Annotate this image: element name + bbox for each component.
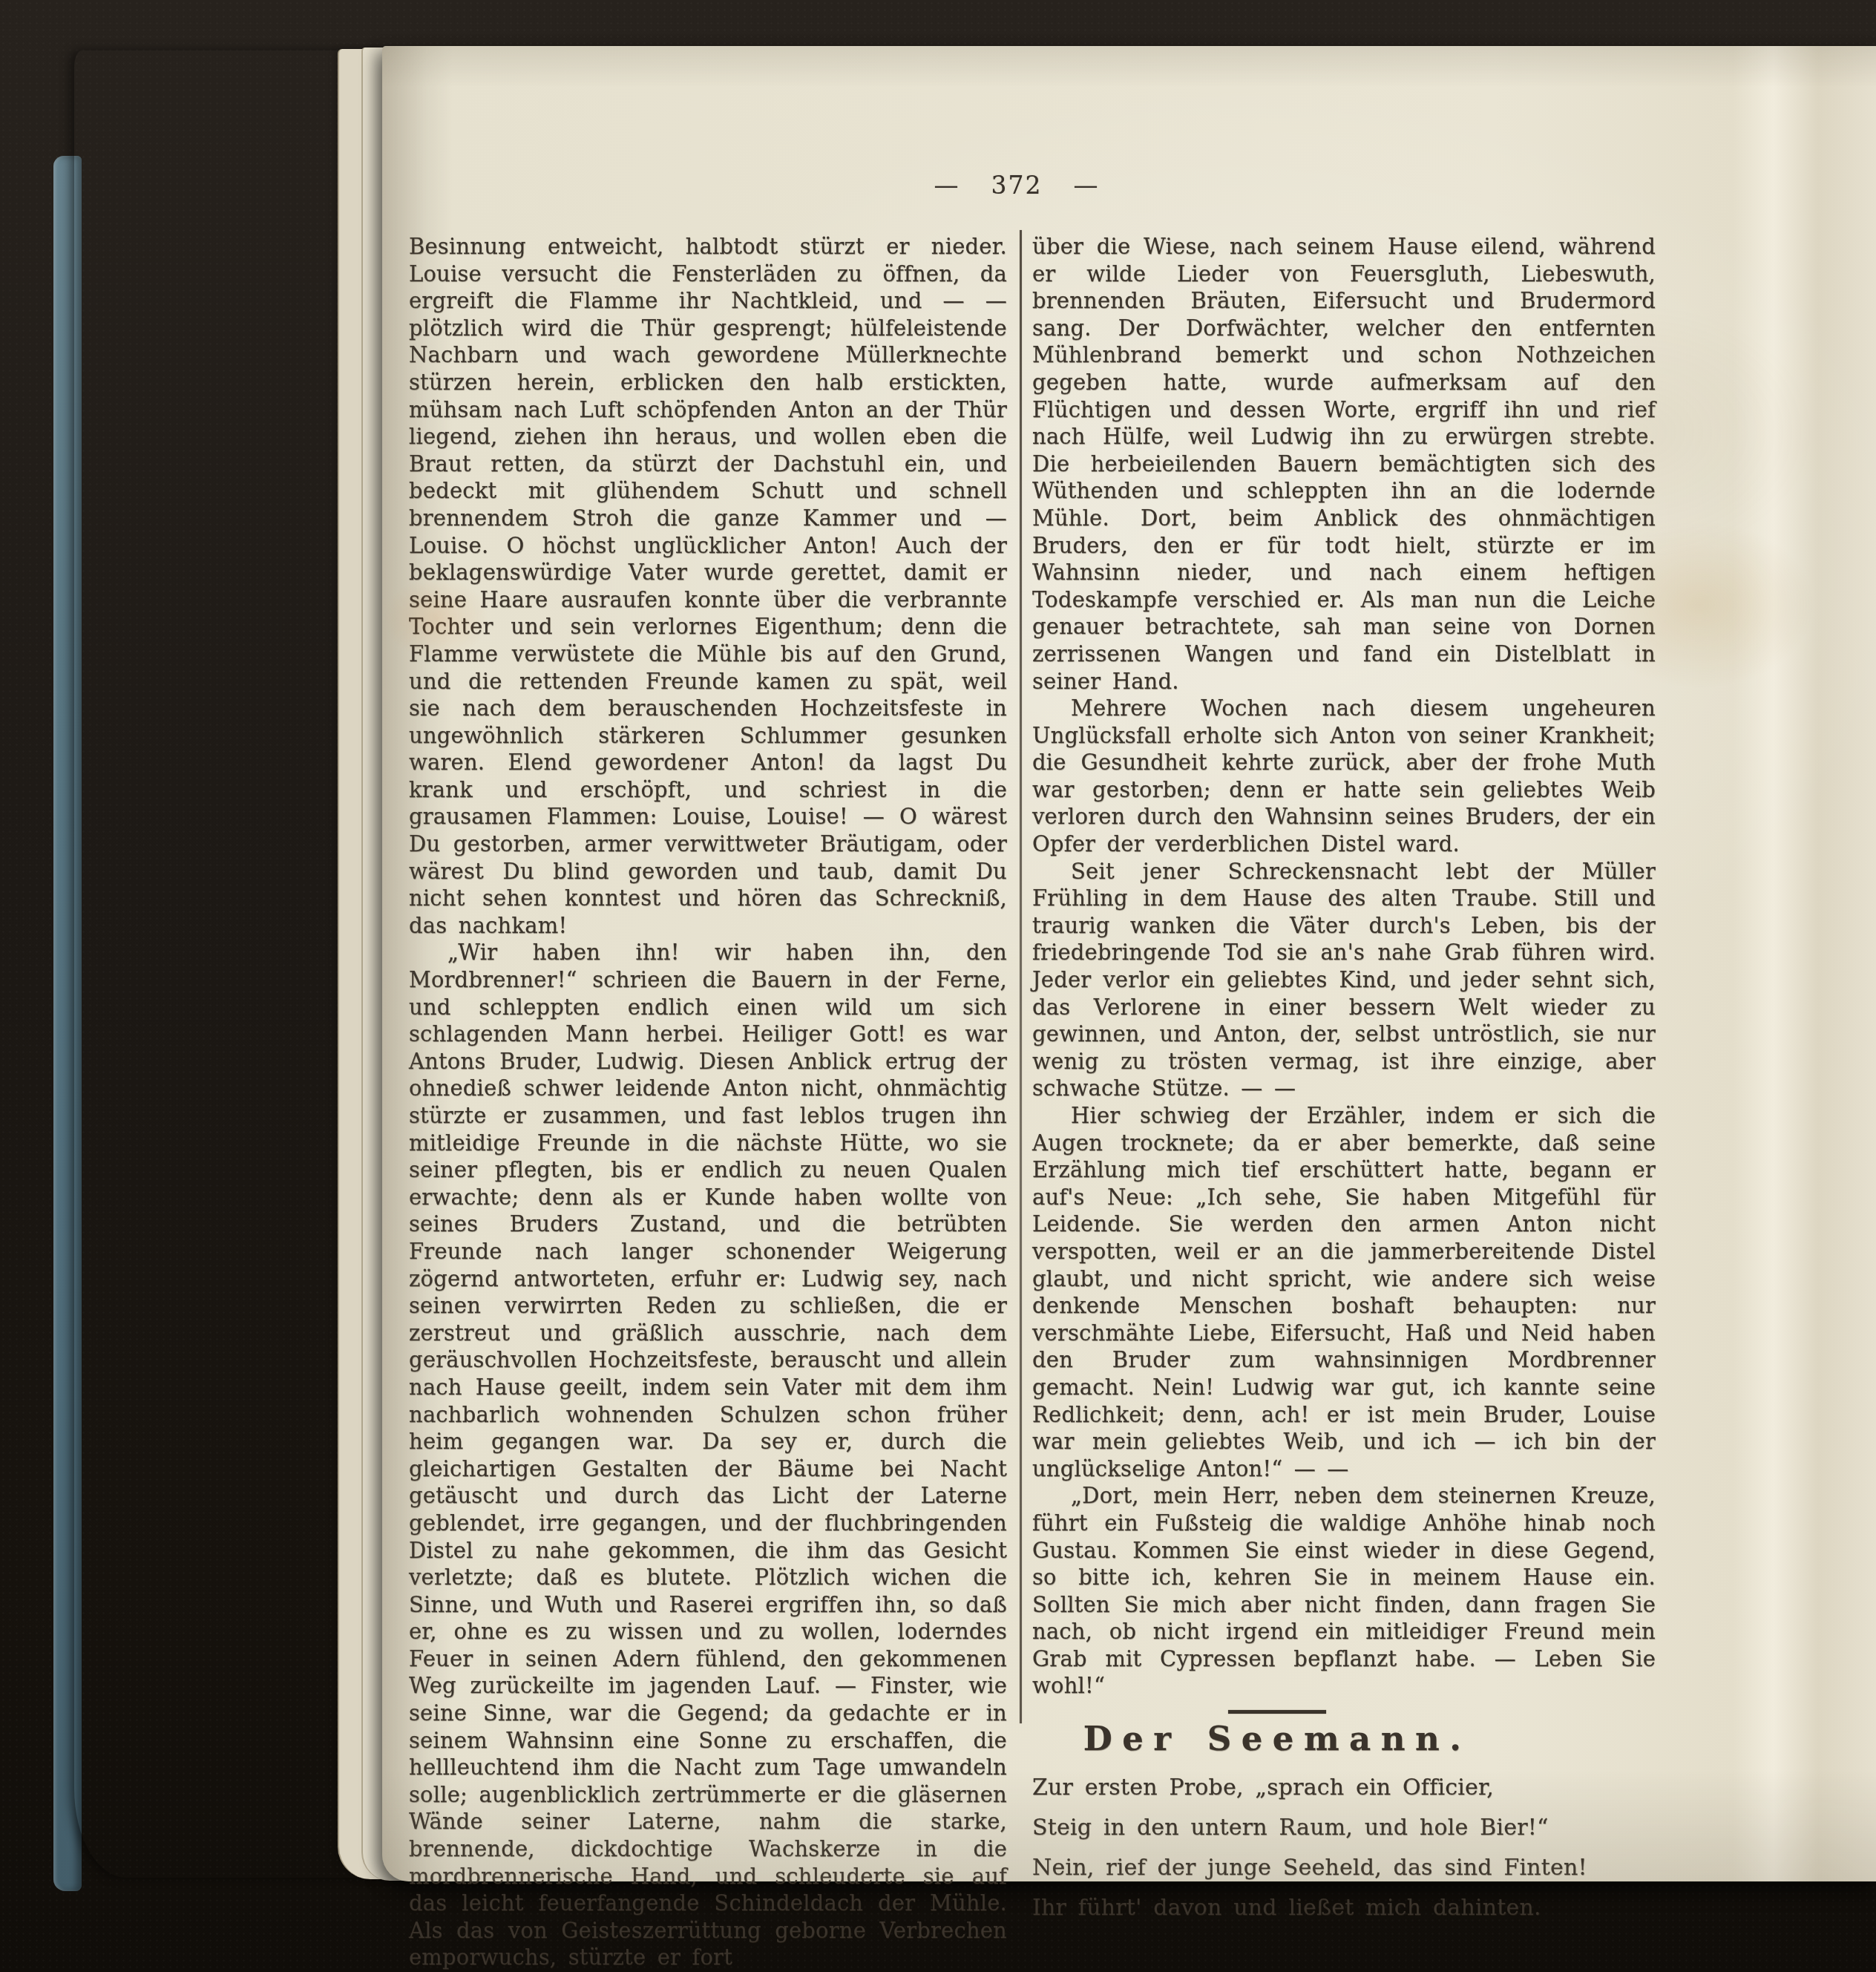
column-divider-rule [1020, 230, 1022, 1723]
section-separator-rule [1228, 1710, 1326, 1714]
poem: Zur ersten Probe, „sprach ein Officier, … [1032, 1768, 1522, 1928]
paragraph: „Wir haben ihn! wir haben ihn, den Mordb… [409, 939, 1007, 1971]
poem-line: Ihr führt' davon und ließet mich dahinte… [1032, 1888, 1522, 1928]
poem-line: Steig in den untern Raum, und hole Bier!… [1032, 1808, 1522, 1848]
page-number: 372 [991, 171, 1043, 200]
paragraph: „Dort, mein Herr, neben dem steinernen K… [1032, 1482, 1656, 1700]
poem-line: Zur ersten Probe, „sprach ein Officier, [1032, 1768, 1522, 1808]
paragraph: Besinnung entweicht, halbtodt stürzt er … [409, 233, 1007, 939]
page-header: — 372 — [934, 171, 1100, 200]
section-title: Der Seemann. [1032, 1726, 1522, 1753]
left-column: Besinnung entweicht, halbtodt stürzt er … [409, 233, 1007, 1971]
paragraph: Mehrere Wochen nach diesem ungeheuren Un… [1032, 695, 1656, 858]
header-dash-right: — [1074, 171, 1100, 200]
paragraph: über die Wiese, nach seinem Hause eilend… [1032, 233, 1656, 695]
book-page: — 372 — Besinnung entweicht, halbtodt st… [382, 46, 1876, 1881]
header-dash-left: — [934, 171, 960, 200]
paragraph: Hier schwieg der Erzähler, indem er sich… [1032, 1102, 1656, 1482]
section-der-seemann: Der Seemann. Zur ersten Probe, „sprach e… [1032, 1710, 1522, 1928]
paragraph: Seit jener Schreckensnacht lebt der Müll… [1032, 858, 1656, 1102]
photo-background: — 372 — Besinnung entweicht, halbtodt st… [0, 0, 1876, 1972]
right-column: über die Wiese, nach seinem Hause eilend… [1032, 233, 1656, 1928]
poem-line: Nein, rief der junge Seeheld, das sind F… [1032, 1848, 1522, 1888]
